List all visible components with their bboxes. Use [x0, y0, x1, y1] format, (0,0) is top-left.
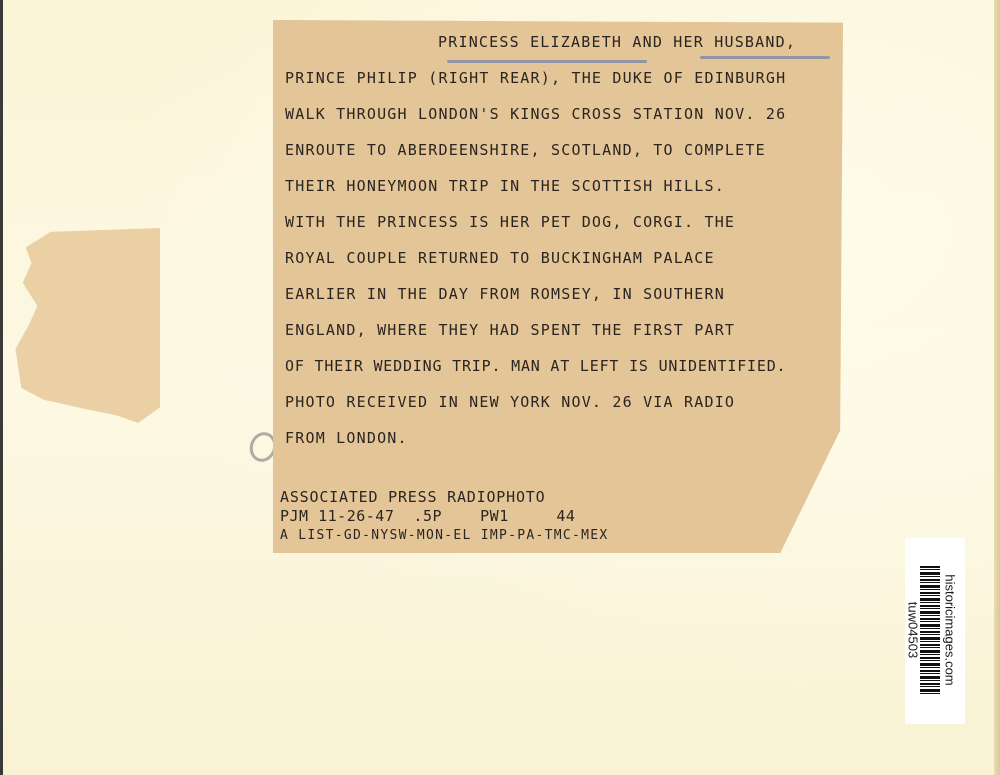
right-edge-border	[994, 0, 1000, 775]
caption-line-7: EARLIER IN THE DAY FROM ROMSEY, IN SOUTH…	[285, 285, 725, 303]
agency-credit: ASSOCIATED PRESS RADIOPHOTO	[280, 488, 545, 506]
left-edge-border	[0, 0, 3, 775]
caption-line-9: OF THEIR WEDDING TRIP. MAN AT LEFT IS UN…	[285, 357, 786, 375]
pencil-underline-right	[700, 56, 830, 59]
caption-line-4: THEIR HONEYMOON TRIP IN THE SCOTTISH HIL…	[285, 177, 725, 195]
caption-line-1: PRINCE PHILIP (RIGHT REAR), THE DUKE OF …	[285, 69, 786, 87]
barcode-id-text: tuw04503	[906, 602, 921, 658]
pencil-underline-left	[447, 60, 647, 63]
caption-line-5: WITH THE PRINCESS IS HER PET DOG, CORGI.…	[285, 213, 735, 231]
caption-line-10: PHOTO RECEIVED IN NEW YORK NOV. 26 VIA R…	[285, 393, 735, 411]
caption-line-6: ROYAL COUPLE RETURNED TO BUCKINGHAM PALA…	[285, 249, 715, 267]
caption-line-2: WALK THROUGH LONDON'S KINGS CROSS STATIO…	[285, 105, 786, 123]
caption-headline: PRINCESS ELIZABETH AND HER HUSBAND,	[438, 33, 796, 51]
caption-line-8: ENGLAND, WHERE THEY HAD SPENT THE FIRST …	[285, 321, 735, 339]
transmission-code: PJM 11-26-47 .5P PW1 44	[280, 507, 575, 525]
barcode-site-text: historicimages.com	[943, 574, 958, 685]
torn-paper-remnant	[14, 228, 160, 423]
barcode-icon	[920, 566, 940, 696]
distribution-list: A LIST-GD-NYSW-MON-EL IMP-PA-TMC-MEX	[280, 528, 609, 543]
caption-line-11: FROM LONDON.	[285, 429, 408, 447]
caption-line-3: ENROUTE TO ABERDEENSHIRE, SCOTLAND, TO C…	[285, 141, 766, 159]
